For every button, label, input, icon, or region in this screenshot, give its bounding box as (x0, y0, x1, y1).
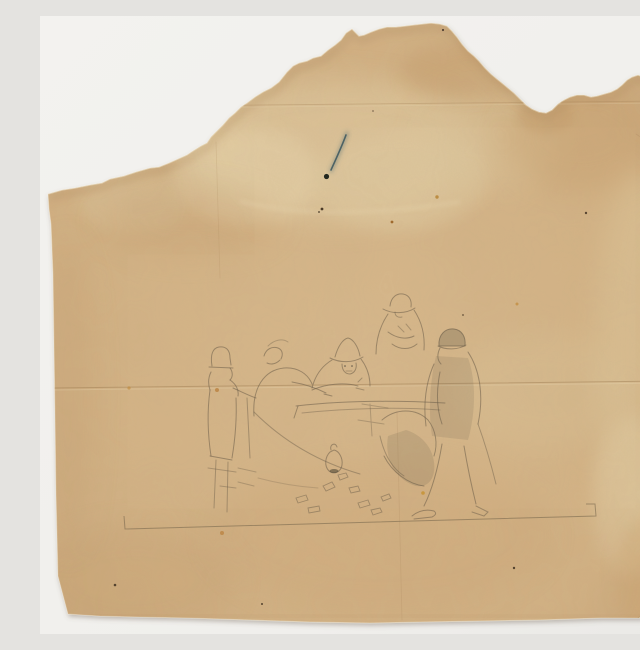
speck (513, 567, 515, 569)
speck (391, 221, 394, 224)
fox-spot (516, 303, 519, 306)
speck (261, 603, 263, 605)
speck (442, 29, 444, 31)
speck (372, 110, 374, 112)
artwork-photo: Faint pencil sketch of figures around a … (40, 16, 640, 634)
speck (114, 584, 117, 587)
coat-shading (430, 356, 474, 440)
speck (585, 212, 587, 214)
fox-spot (421, 491, 425, 495)
speck (321, 208, 324, 211)
fox-spot (435, 195, 438, 198)
fox-spot (215, 388, 219, 392)
ink-dot (324, 174, 329, 179)
speck (462, 314, 464, 316)
artwork-canvas: Faint pencil sketch of figures around a … (40, 16, 640, 634)
fox-spot (220, 531, 224, 535)
speck (318, 211, 320, 213)
fox-spot (127, 386, 130, 389)
